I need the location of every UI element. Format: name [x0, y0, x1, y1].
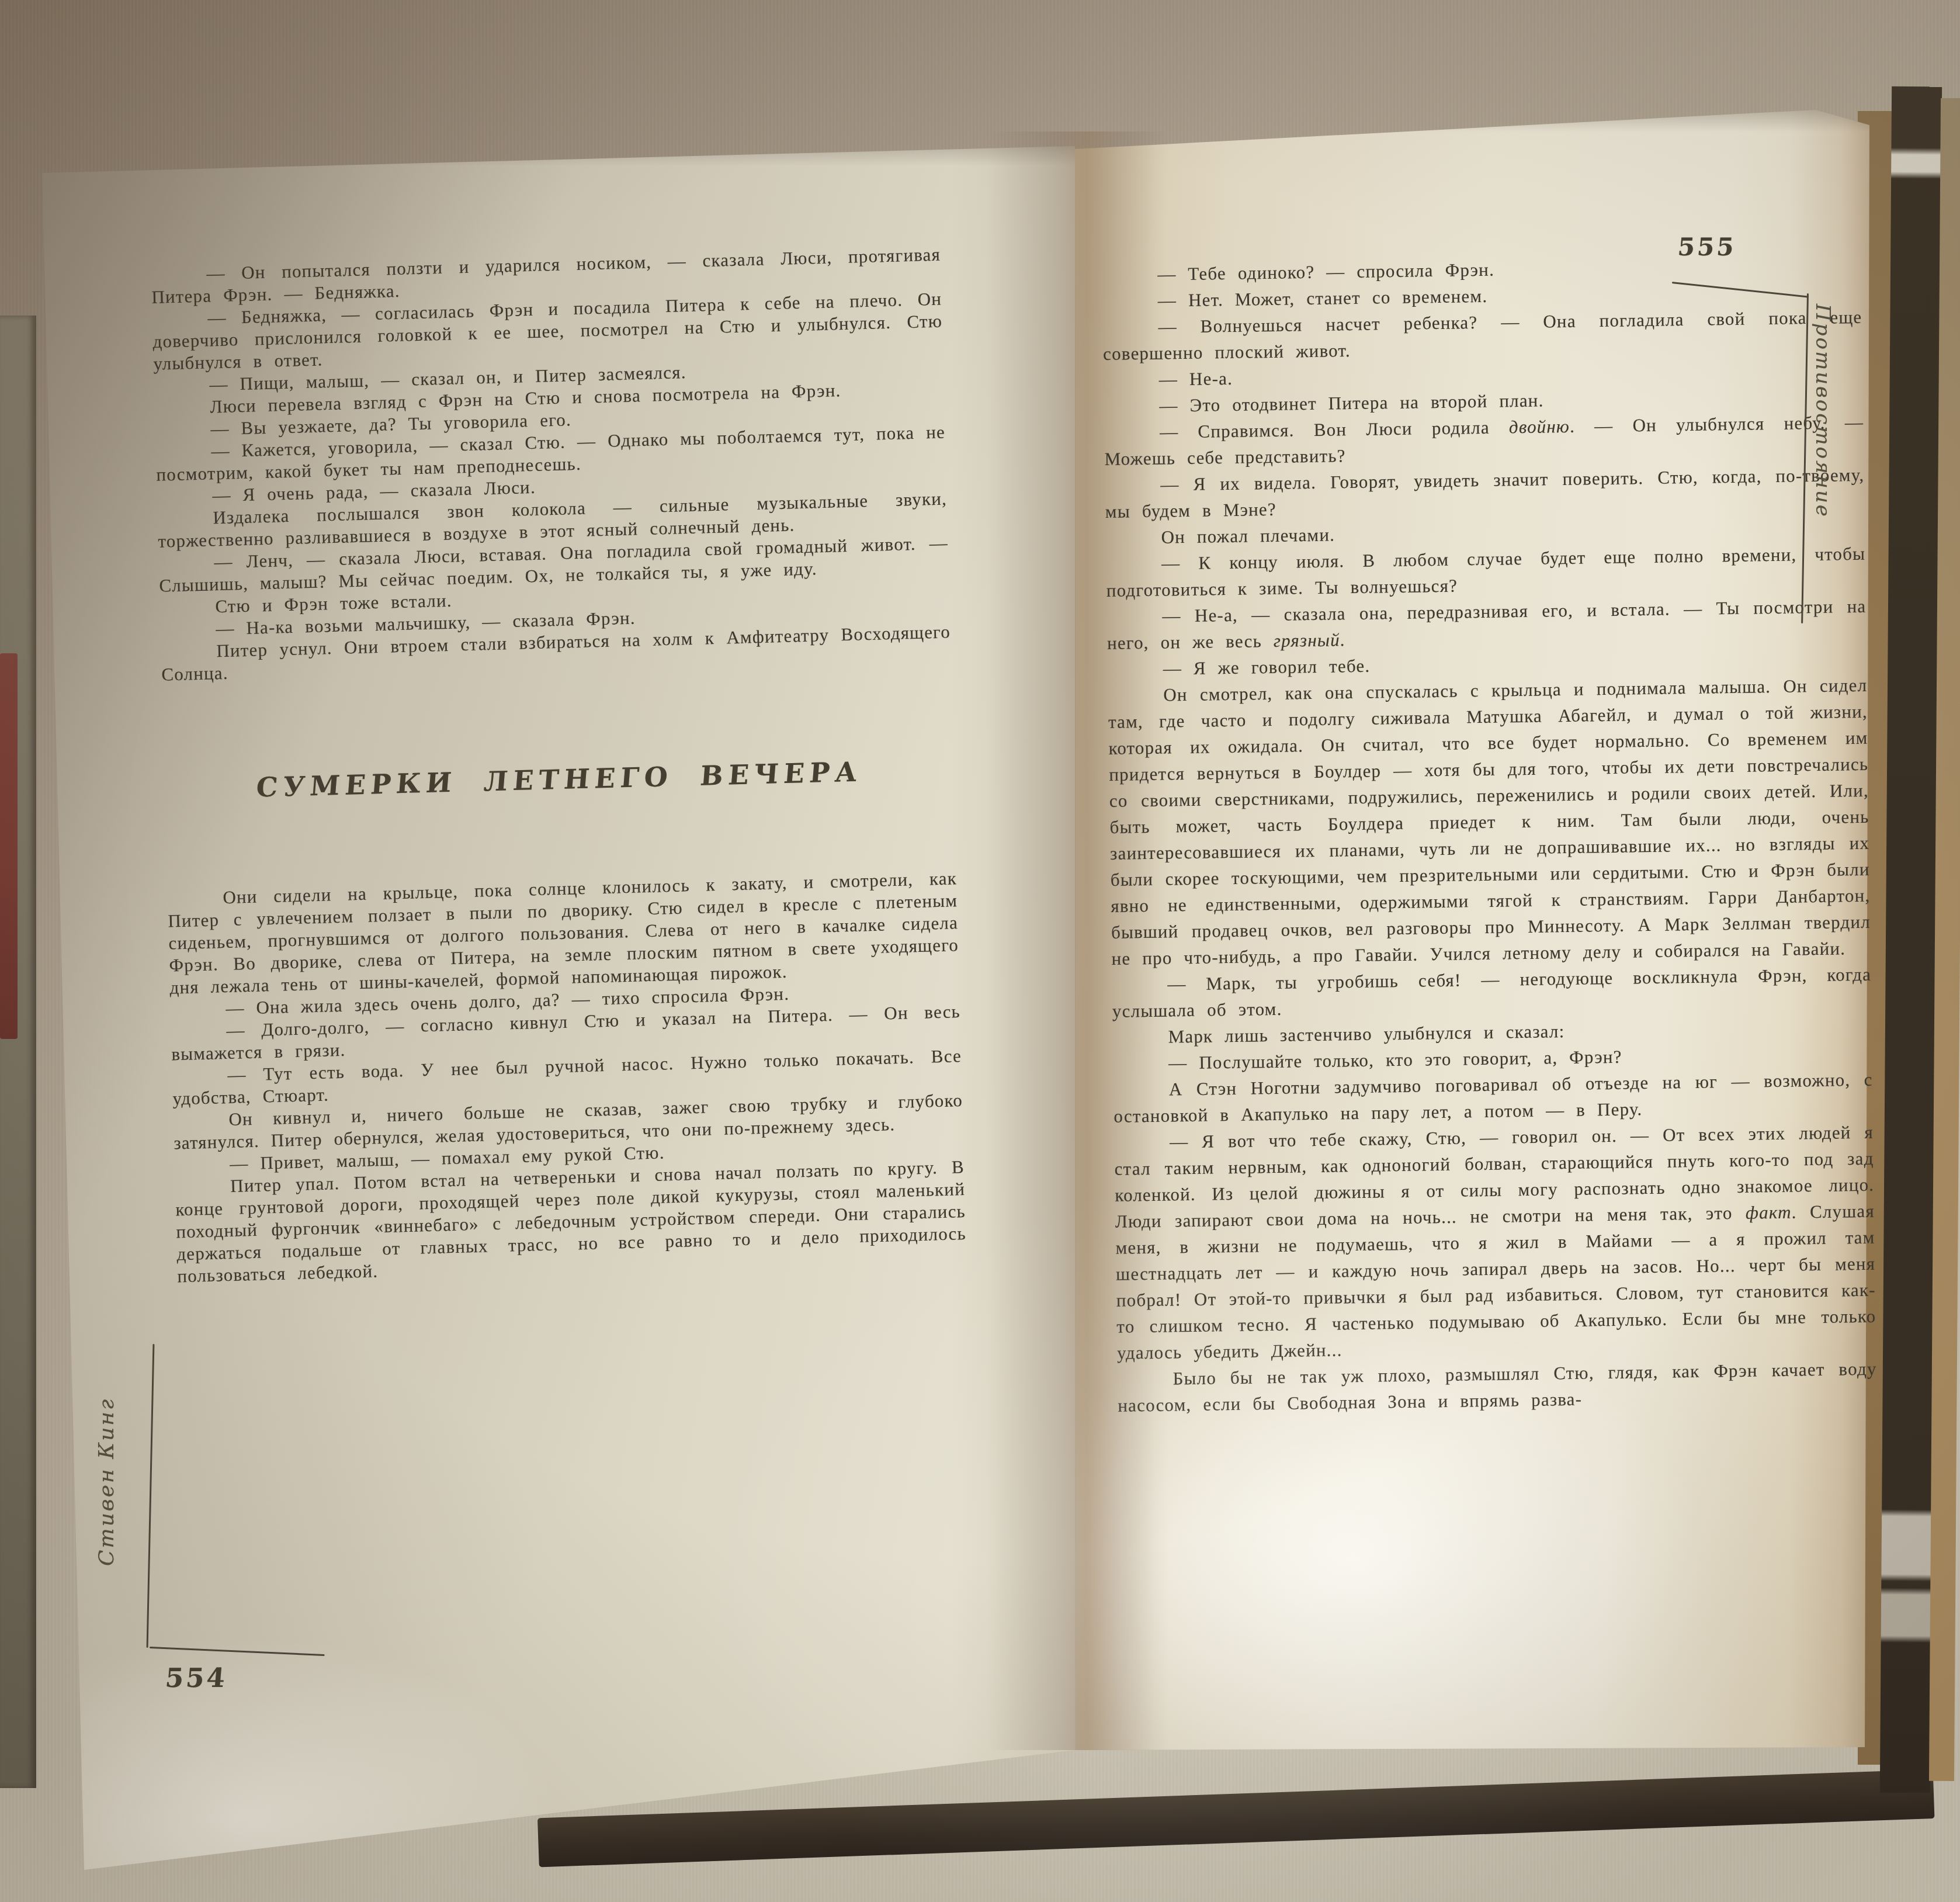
right-page-number: 555 — [1677, 233, 1737, 261]
paragraph: Питер упал. Потом встал на четвереньки и… — [175, 1156, 967, 1287]
margin-book-title: Противостояние — [1811, 304, 1834, 637]
red-book-edge — [0, 653, 18, 1039]
left-page-text: — Он попытался ползти и ударился носиком… — [151, 244, 967, 1288]
paragraph: Они сидели на крыльце, пока солнце клони… — [167, 867, 960, 999]
underpages-edge — [0, 316, 36, 1788]
right-page-text: — Тебе одиноко? — спросила Фрэн.— Нет. М… — [1102, 251, 1878, 1419]
left-page-number: 554 — [164, 1662, 229, 1693]
paragraph: — Я вот что тебе скажу, Стю, — говорил о… — [1114, 1119, 1877, 1366]
paragraph: Он смотрел, как она спускалась с крыльца… — [1108, 672, 1871, 972]
paragraph: Было бы не так уж плохо, размышлял Стю, … — [1117, 1356, 1877, 1419]
margin-author-name: Стивен Кинг — [95, 1332, 119, 1566]
section-heading: СУМЕРКИ ЛЕТНЕГО ВЕЧЕРА — [163, 751, 955, 808]
